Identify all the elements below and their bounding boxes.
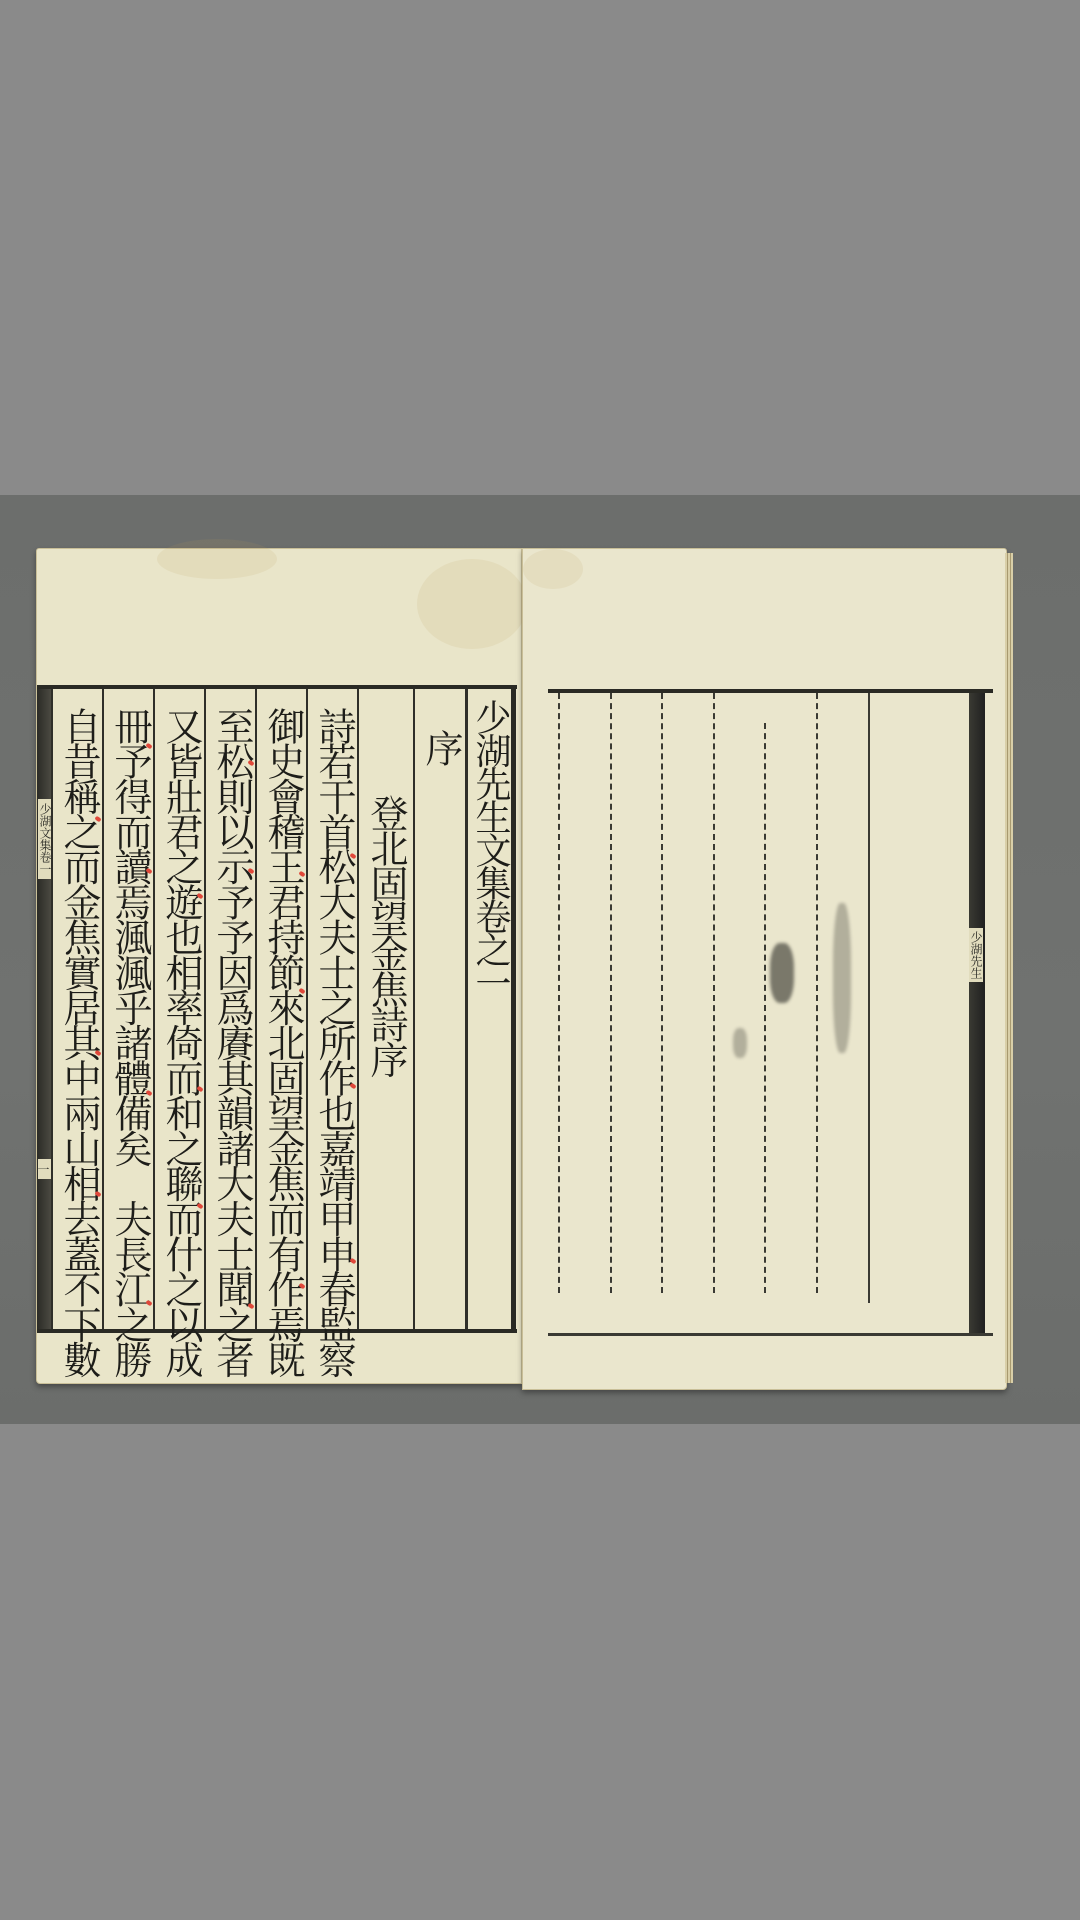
column-rule — [558, 693, 560, 1293]
text-column-4: 又皆壯君之遊也相率倚而和之聯而什之以成 — [158, 707, 204, 1376]
water-stain — [157, 539, 277, 579]
left-page: 少湖文集卷一 一 少湖先生文集卷之一 序 登北固望金焦詩序 詩若干首松大夫士之所… — [36, 548, 522, 1384]
column-rule — [610, 693, 612, 1293]
fold-column — [969, 693, 985, 1333]
text-column-6: 自昔稱之而金焦實居其中兩山相去蓋不下數 — [56, 707, 102, 1376]
ink-smudge — [833, 903, 851, 1053]
text-column-5: 冊予得而讀焉渢渢乎諸體備矣 夫長江之勝 — [107, 707, 153, 1376]
column-rule — [51, 689, 53, 1329]
text-column-1: 詩若干首松大夫士之所作也嘉靖甲申春監察 — [311, 707, 357, 1376]
book-title: 少湖先生文集卷之一 — [467, 699, 513, 998]
column-rule — [255, 689, 257, 1329]
text-frame: 少湖先生 — [548, 689, 993, 1336]
column-rule — [204, 689, 206, 1329]
column-rule — [413, 689, 415, 1329]
essay-title: 登北固望金焦詩序 — [363, 794, 409, 1076]
column-rule — [306, 689, 308, 1329]
column-rule — [816, 693, 818, 1293]
column-rule — [102, 689, 104, 1329]
water-stain — [417, 559, 527, 649]
fold-page-number: 一 — [38, 1159, 52, 1179]
fold-column: 少湖文集卷一 一 — [37, 689, 51, 1329]
column-rule — [713, 693, 715, 1293]
page-edges — [1005, 553, 1013, 1383]
fold-title: 少湖文集卷一 — [38, 799, 52, 879]
fold-title: 少湖先生 — [969, 928, 983, 982]
column-rule — [868, 693, 870, 1303]
water-stain — [523, 549, 583, 589]
right-page: 少湖先生 — [522, 548, 1007, 1390]
column-rule — [764, 723, 766, 1293]
column-rule — [661, 693, 663, 1293]
text-column-3: 至松則以示予予因爲賡其韻諸大夫士聞之者 — [209, 707, 255, 1376]
ink-smudge — [770, 943, 794, 1003]
column-rule — [357, 689, 359, 1329]
section-label: 序 — [418, 729, 464, 764]
text-frame: 少湖文集卷一 一 少湖先生文集卷之一 序 登北固望金焦詩序 詩若干首松大夫士之所… — [37, 685, 517, 1333]
column-rule — [153, 689, 155, 1329]
text-column-2: 御史會稽王君持節來北固望金焦而有作焉既 — [260, 707, 306, 1376]
ink-smudge — [733, 1028, 747, 1058]
